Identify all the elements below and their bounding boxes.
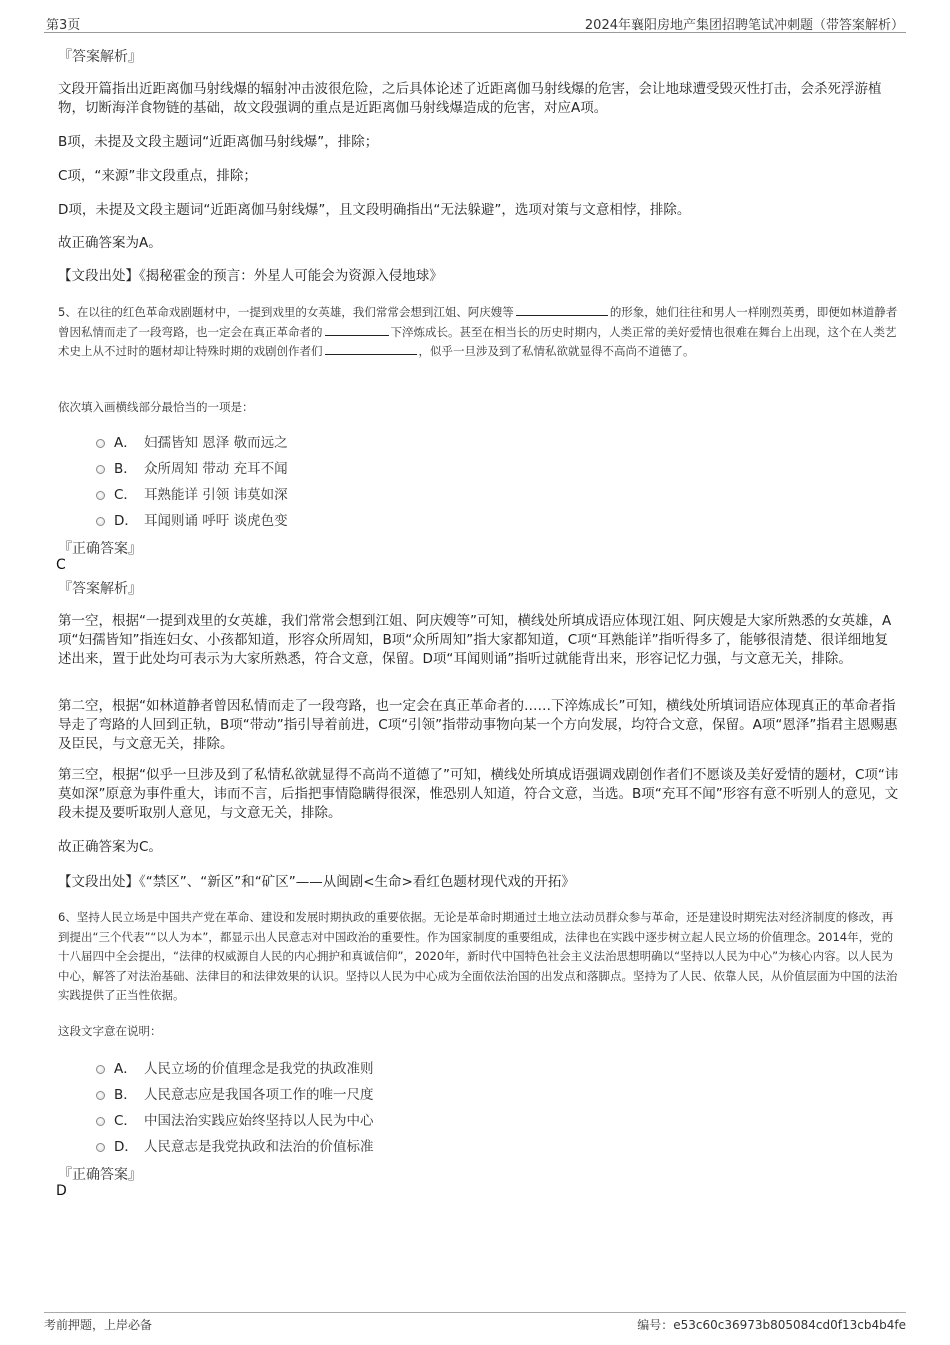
- correct-answer-label: 『正确答案』: [58, 1164, 900, 1184]
- analysis-paragraph: 文段开篇指出近距离伽马射线爆的辐射冲击波很危险，之后具体论述了近距离伽马射线爆的…: [58, 80, 900, 118]
- question-5-stem: 5、在以往的红色革命戏剧题材中，一提到戏里的女英雄，我们常常会想到江姐、阿庆嫂等…: [58, 303, 900, 362]
- question-6-prompt: 这段文字意在说明：: [58, 1022, 900, 1042]
- blank-2: [325, 323, 389, 336]
- footer-slogan: 考前押题，上岸必备: [44, 1316, 152, 1333]
- radio-icon[interactable]: [96, 517, 105, 526]
- q6-option-d[interactable]: D． 人民意志是我党执政和法治的价值标准: [96, 1135, 374, 1155]
- q5-option-b[interactable]: B． 众所周知 带动 充耳不闻: [96, 457, 288, 477]
- blank-3: [325, 342, 417, 355]
- question-6-stem: 6、坚持人民立场是中国共产党在革命、建设和发展时期执政的重要依据。无论是革命时期…: [58, 908, 900, 1006]
- question-5-prompt: 依次填入画横线部分最恰当的一项是：: [58, 398, 900, 418]
- analysis-blank-1: 第一空，根据“一提到戏里的女英雄，我们常常会想到江姐、阿庆嫂等”可知，横线处所填…: [58, 612, 900, 669]
- q5-option-a[interactable]: A． 妇孺皆知 恩泽 敬而远之: [96, 431, 288, 451]
- analysis-option-c: C项，“来源”非文段重点，排除；: [58, 167, 900, 186]
- document-serial: 编号：e53c60c36973b805084cd0f13cb4b4fe: [637, 1316, 906, 1333]
- correct-answer: D: [56, 1183, 900, 1199]
- q5-option-c[interactable]: C． 耳熟能详 引领 讳莫如深: [96, 483, 288, 503]
- radio-icon[interactable]: [96, 439, 105, 448]
- radio-icon[interactable]: [96, 1065, 105, 1074]
- q6-option-b[interactable]: B． 人民意志应是我国各项工作的唯一尺度: [96, 1083, 374, 1103]
- radio-icon[interactable]: [96, 1143, 105, 1152]
- analysis-label: 『答案解析』: [58, 46, 900, 66]
- q6-option-c[interactable]: C． 中国法治实践应始终坚持以人民为中心: [96, 1109, 374, 1129]
- q5-option-d[interactable]: D． 耳闻则诵 呼吁 谈虎色变: [96, 509, 288, 529]
- analysis-option-d: D项，未提及文段主题词“近距离伽马射线爆”，且文段明确指出“无法躲避”，选项对策…: [58, 201, 900, 220]
- blank-1: [516, 303, 608, 316]
- radio-icon[interactable]: [96, 1091, 105, 1100]
- analysis-blank-2: 第二空，根据“如林道静者曾因私情而走了一段弯路，也一定会在真正革命者的……下淬炼…: [58, 697, 900, 754]
- radio-icon[interactable]: [96, 491, 105, 500]
- analysis-label: 『答案解析』: [58, 578, 900, 598]
- radio-icon[interactable]: [96, 1117, 105, 1126]
- passage-source: 【文段出处】《揭秘霍金的预言：外星人可能会为资源入侵地球》: [58, 267, 900, 286]
- conclusion: 故正确答案为C。: [58, 838, 900, 857]
- page-number: 第3页: [46, 14, 80, 33]
- passage-source: 【文段出处】《“禁区”、“新区”和“矿区”——从闽剧<生命>看红色题材现代戏的开…: [58, 873, 900, 892]
- correct-answer: C: [56, 557, 900, 573]
- analysis-blank-3: 第三空，根据“似乎一旦涉及到了私情私欲就显得不高尚不道德了”可知，横线处所填成语…: [58, 766, 900, 823]
- document-title: 2024年襄阳房地产集团招聘笔试冲刺题（带答案解析）: [585, 14, 904, 33]
- radio-icon[interactable]: [96, 465, 105, 474]
- page-footer: 考前押题，上岸必备 编号：e53c60c36973b805084cd0f13cb…: [44, 1312, 906, 1333]
- conclusion: 故正确答案为A。: [58, 234, 900, 253]
- page-header: 第3页 2024年襄阳房地产集团招聘笔试冲刺题（带答案解析）: [44, 12, 906, 33]
- correct-answer-label: 『正确答案』: [58, 538, 900, 558]
- analysis-option-b: B项，未提及文段主题词“近距离伽马射线爆”，排除；: [58, 133, 900, 152]
- q6-option-a[interactable]: A． 人民立场的价值理念是我党的执政准则: [96, 1057, 374, 1077]
